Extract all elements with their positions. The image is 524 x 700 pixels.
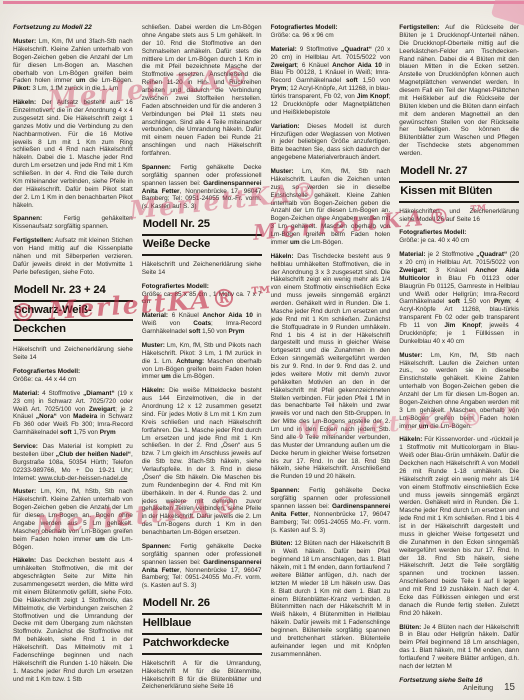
body-paragraph: Häkeln: Das Tischdecke besteht aus 9 hel… <box>271 253 391 481</box>
text-column-3: Fotografiertes Modell:Größe: ca. 96 x 96… <box>271 24 391 688</box>
body-paragraph: Blüten: 12 Blüten nach der Häkelschrift … <box>271 540 391 658</box>
pink-top-rule <box>3 1 524 4</box>
body-paragraph: Muster: Lm, Km, fM und 3fach-Stb nach Hä… <box>13 38 133 93</box>
continuation-heading: Fortsetzung zu Modell 22 <box>13 24 133 32</box>
text-column-4: Fertigstellen: Auf die Rückseite der Blü… <box>399 24 519 688</box>
body-paragraph: Spannen: Fertig gehäkelte Decke sorgfält… <box>142 164 262 211</box>
body-paragraph: Häkelschriften und Zeichenerklärung sieh… <box>399 208 519 224</box>
body-paragraph: Häkeln: Die weiße Mitteldecke besteht au… <box>142 387 262 537</box>
pink-corner-mark <box>491 0 524 27</box>
body-paragraph: Häkelschrift und Zeichenerklärung siehe … <box>142 261 262 277</box>
body-paragraph: Muster: Lm, Km, fM, Stb nach Häkelschrif… <box>399 352 519 431</box>
body-paragraph: Variation: Dieses Modell ist durch Hinzu… <box>271 123 391 162</box>
body-paragraph: schließen. Dabei werden die Lm-Bögen ohn… <box>142 24 262 158</box>
text-column-2: schließen. Dabei werden die Lm-Bögen ohn… <box>142 24 262 688</box>
model-title-line: Modell Nr. 25 <box>142 217 262 236</box>
body-paragraph: Muster: Lm, Km, fM, Stb nach Häkelschrif… <box>271 168 391 247</box>
model-title-line: Hellblaue <box>142 616 262 635</box>
body-paragraph: Fertigstellen: Auf die Rückseite der Blü… <box>399 24 519 158</box>
footer-page-number: 15 <box>504 682 515 693</box>
body-paragraph: Spannen: Fertig gehäkelte Decke sorgfält… <box>271 487 391 534</box>
model-title-line: Modell Nr. 27 <box>399 164 519 183</box>
body-paragraph: Fotografiertes Modell:Größe: ca. 44 x 44… <box>13 368 133 384</box>
model-title: Modell Nr. 26HellblauePatchworkdecke <box>142 596 262 655</box>
body-paragraph: Material: 6 Knäuel Anchor Aida 10 in Wei… <box>142 312 262 336</box>
model-title-line: Deckchen <box>13 322 133 341</box>
body-paragraph: Muster: Lm, Km, fM, Stb und Pikots nach … <box>142 342 262 381</box>
model-title-line: Weiße Decke <box>142 237 262 256</box>
body-paragraph: Fotografiertes Modell:Größe: ca. 85 x 85… <box>142 283 262 307</box>
text-column-1: Fortsetzung zu Modell 22Muster: Lm, Km, … <box>13 24 133 688</box>
model-title-line: Kissen mit Blüten <box>399 184 519 203</box>
text-columns: Fortsetzung zu Modell 22Muster: Lm, Km, … <box>13 24 519 688</box>
body-paragraph: Häkelschrift A für die Umrandung, Häkels… <box>142 660 262 688</box>
body-paragraph: Fotografiertes Modell:Größe: je ca. 40 x… <box>399 229 519 245</box>
footer-section-label: Anleitung <box>463 683 493 692</box>
model-title-line: Modell Nr. 26 <box>142 596 262 615</box>
model-title: Modell Nr. 23 + 24Schwarz-Weiß-Deckchen <box>13 283 133 342</box>
body-paragraph: Service: Das Material ist komplett zu be… <box>13 443 133 482</box>
body-paragraph: Häkeln: Für Kissenvorder- und -rückteil … <box>399 436 519 617</box>
magazine-page: Fortsetzung zu Modell 22Muster: Lm, Km, … <box>0 0 524 700</box>
model-title-line: Schwarz-Weiß- <box>13 303 133 322</box>
body-paragraph: Häkelschrift und Zeichenerklärung siehe … <box>13 346 133 362</box>
body-paragraph: Fotografiertes Modell:Größe: ca. 96 x 96… <box>271 24 391 40</box>
model-title-line: Modell Nr. 23 + 24 <box>13 283 133 302</box>
body-paragraph: Häkeln: Der Aufsatz besteht aus 16 Einze… <box>13 99 133 209</box>
body-paragraph: Spannen: Fertig gehäkelten Kissenaufsatz… <box>13 215 133 231</box>
page-footer: Anleitung 15 <box>463 682 515 693</box>
model-title-line: Patchworkdecke <box>142 636 262 655</box>
body-paragraph: Fertigstellen: Aufsatz mit kleinen Stich… <box>13 237 133 276</box>
model-title: Modell Nr. 25Weiße Decke <box>142 217 262 256</box>
model-title: Modell Nr. 27Kissen mit Blüten <box>399 164 519 203</box>
body-paragraph: Häkeln: Das Deckchen besteht aus 4 umhäk… <box>13 557 133 683</box>
body-paragraph: Spannen: Fertig gehäkelte Decke sorgfält… <box>142 543 262 590</box>
body-paragraph: Material: 4 Stoffmotive „Diamant“ (19 x … <box>13 390 133 437</box>
body-paragraph: Material: 9 Stoffmotive „Quadrat“ (20 x … <box>271 46 391 117</box>
body-paragraph: Blüten: Je 4 Blüten nach der Häkelschrif… <box>399 624 519 671</box>
body-paragraph: Muster: Lm, Km, fM, hStb, Stb nach Häkel… <box>13 488 133 551</box>
body-paragraph: Material: je 2 Stoffmotive „Quadrat“ (20… <box>399 251 519 346</box>
